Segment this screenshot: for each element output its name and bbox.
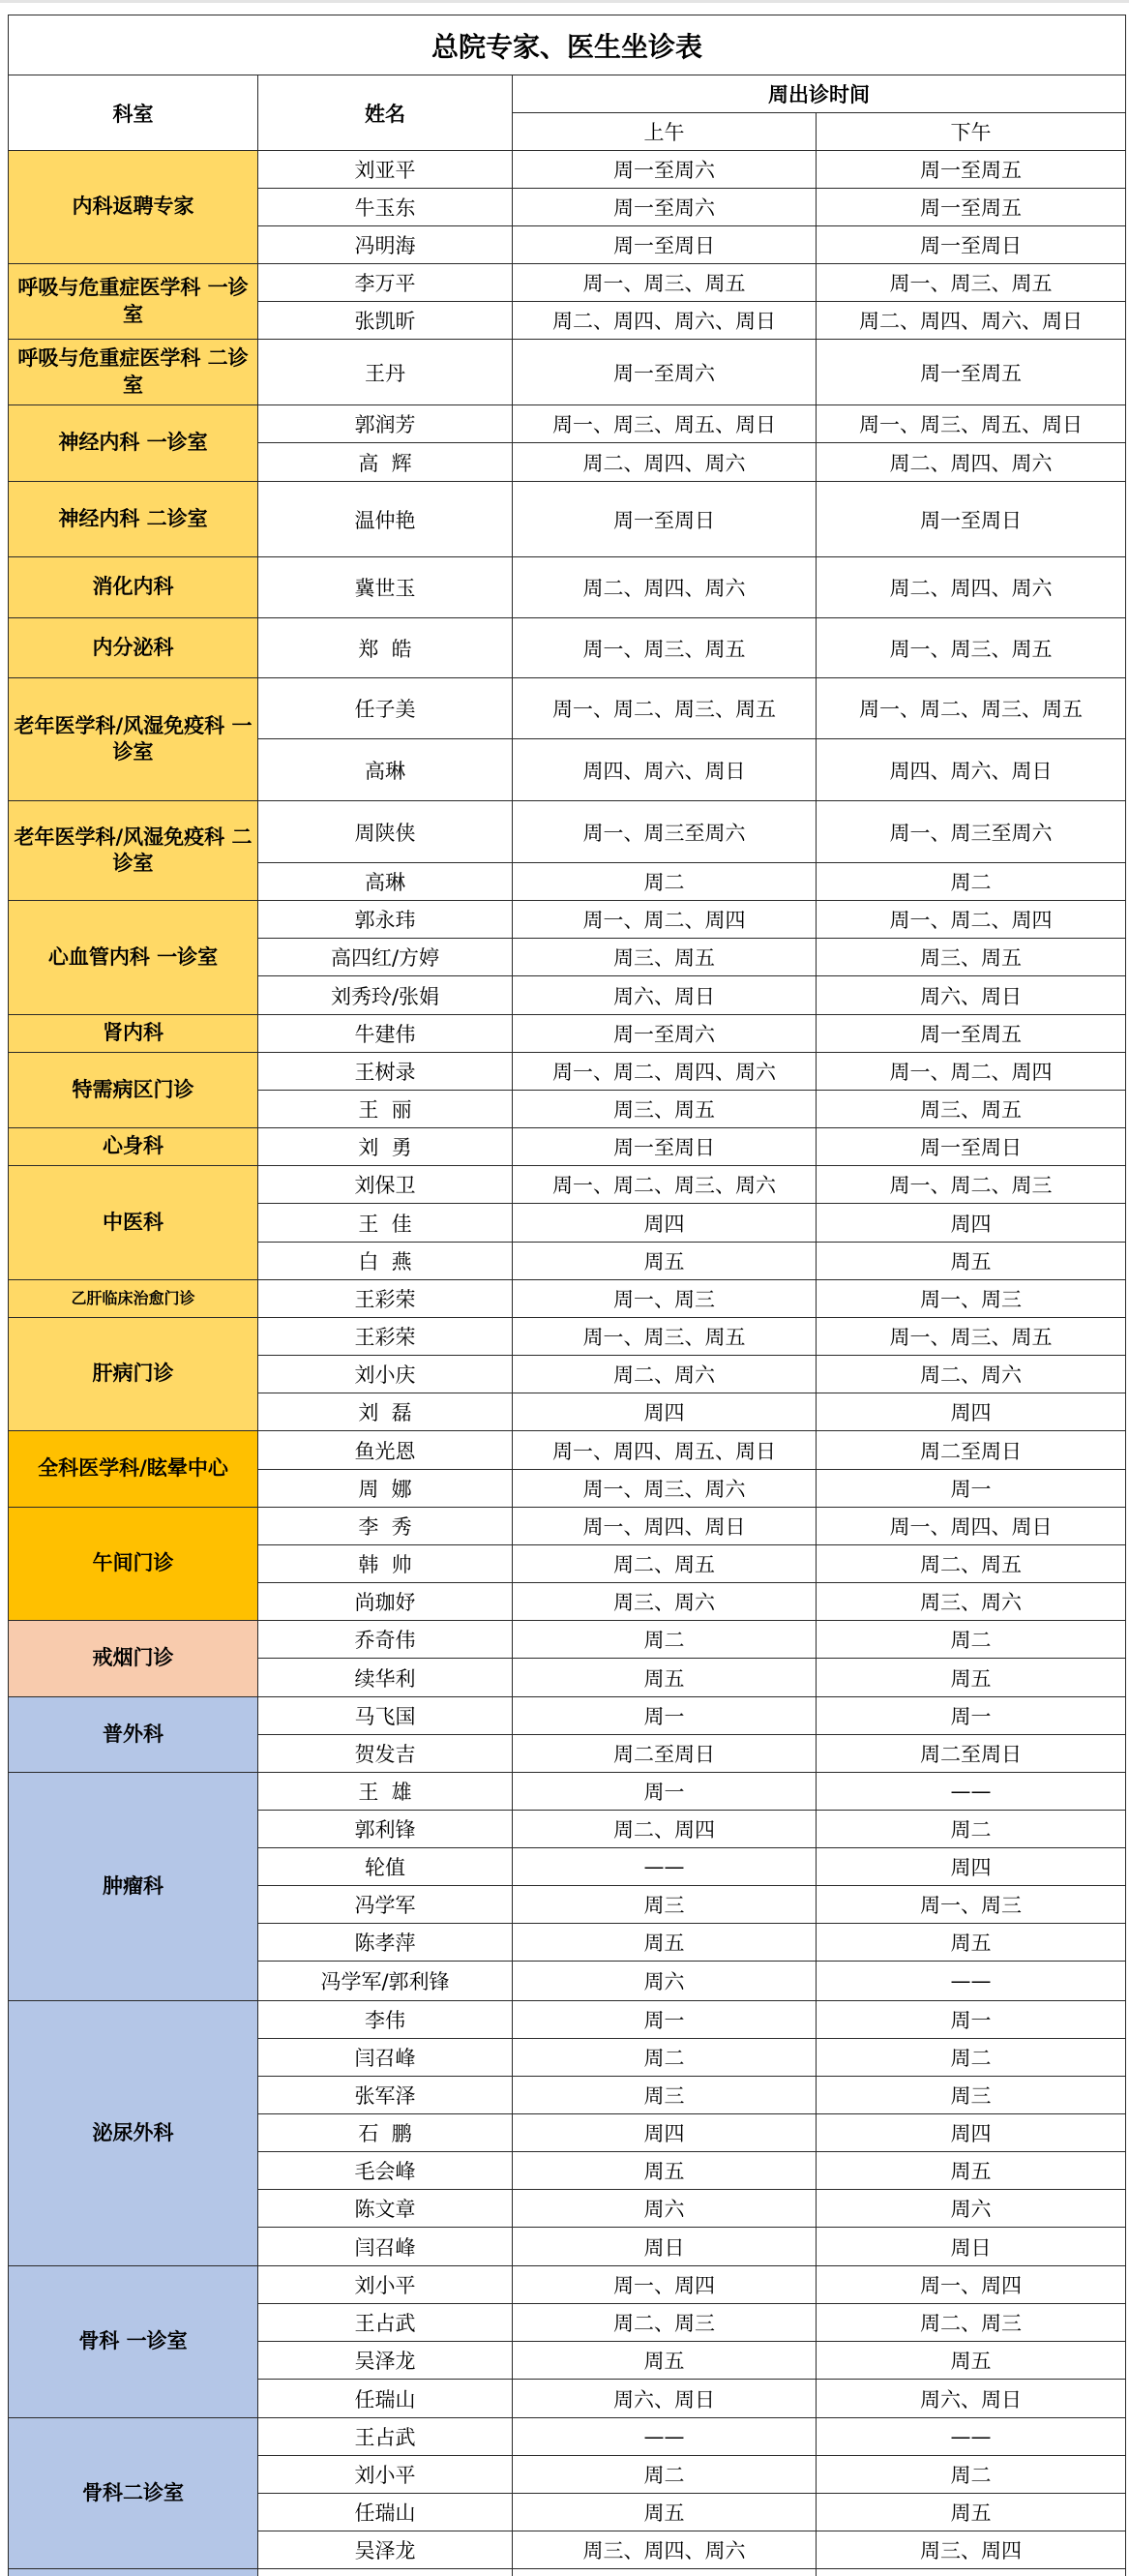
morning-schedule-cell: 周一、周四、周五、周日: [513, 1431, 817, 1470]
morning-schedule-cell: 周五: [513, 1659, 817, 1697]
table-row: 心身科刘 勇周一至周日周一至周日: [9, 1128, 1126, 1166]
doctor-name-cell: 郑 皓: [258, 618, 513, 678]
doctor-name-cell: 高 辉: [258, 443, 513, 482]
column-header-name: 姓名: [258, 75, 513, 151]
morning-schedule-cell: 周六: [513, 1962, 817, 2001]
morning-schedule-cell: 周六: [513, 2190, 817, 2228]
department-cell: 呼吸与危重症医学科 二诊室: [9, 340, 258, 405]
afternoon-schedule-cell: 周五: [817, 2152, 1126, 2190]
afternoon-schedule-cell: 周五: [817, 1924, 1126, 1962]
afternoon-schedule-cell: 周日: [817, 2228, 1126, 2266]
table-row: 神经内科 二诊室温仲艳周一至周日周一至周日: [9, 482, 1126, 557]
morning-schedule-cell: 周一、周二、周三、周五: [513, 678, 817, 739]
afternoon-schedule-cell: 周一至周日: [817, 226, 1126, 264]
afternoon-schedule-cell: 周二: [817, 1621, 1126, 1659]
doctor-name-cell: 吴泽龙: [258, 2531, 513, 2569]
department-cell: 全科医学科/眩晕中心: [9, 1431, 258, 1508]
afternoon-schedule-cell: 周一至周日: [817, 482, 1126, 557]
table-row: 全科医学科/眩晕中心鱼光恩周一、周四、周五、周日周二至周日: [9, 1431, 1126, 1470]
morning-schedule-cell: 周二: [513, 863, 817, 901]
afternoon-schedule-cell: 周二: [817, 2456, 1126, 2494]
table-row: 呼吸与危重症医学科 一诊室李万平周一、周三、周五周一、周三、周五: [9, 264, 1126, 302]
cutoff-cell: [817, 2569, 1126, 2576]
morning-schedule-cell: 周五: [513, 1924, 817, 1962]
doctor-name-cell: 刘 勇: [258, 1128, 513, 1166]
department-cell: 神经内科 二诊室: [9, 482, 258, 557]
afternoon-schedule-cell: 周三: [817, 2077, 1126, 2114]
morning-schedule-cell: 周五: [513, 2494, 817, 2531]
doctor-name-cell: 高琳: [258, 739, 513, 801]
afternoon-schedule-cell: 周二、周五: [817, 1545, 1126, 1583]
table-row: 特需病区门诊王树录周一、周二、周四、周六周一、周二、周四: [9, 1053, 1126, 1091]
doctor-name-cell: 冀世玉: [258, 557, 513, 618]
department-cell: 心血管内科 一诊室: [9, 901, 258, 1015]
table-row: 普外科马飞国周一周一: [9, 1697, 1126, 1735]
afternoon-schedule-cell: 周四、周六、周日: [817, 739, 1126, 801]
morning-schedule-cell: 周一至周六: [513, 1015, 817, 1053]
morning-schedule-cell: 周一、周三、周五: [513, 264, 817, 302]
column-header-dept: 科室: [9, 75, 258, 151]
morning-schedule-cell: 周一、周三、周五: [513, 618, 817, 678]
table-row: 心血管内科 一诊室郭永玮周一、周二、周四周一、周二、周四: [9, 901, 1126, 939]
cutoff-cell: [258, 2569, 513, 2576]
morning-schedule-cell: 周一、周四: [513, 2266, 817, 2304]
morning-schedule-cell: 周二、周四、周六: [513, 443, 817, 482]
morning-schedule-cell: 周二、周四: [513, 1811, 817, 1848]
morning-schedule-cell: 周一至周六: [513, 340, 817, 405]
morning-schedule-cell: 周六、周日: [513, 976, 817, 1015]
afternoon-schedule-cell: 周一至周五: [817, 340, 1126, 405]
morning-schedule-cell: 周二、周四、周六: [513, 557, 817, 618]
doctor-name-cell: 刘保卫: [258, 1166, 513, 1204]
afternoon-schedule-cell: 周六、周日: [817, 2380, 1126, 2418]
morning-schedule-cell: 周一、周二、周四、周六: [513, 1053, 817, 1091]
afternoon-schedule-cell: 周一、周三至周六: [817, 801, 1126, 863]
morning-schedule-cell: 周一: [513, 1773, 817, 1811]
department-cell: 呼吸与危重症医学科 一诊室: [9, 264, 258, 340]
doctor-name-cell: 闫召峰: [258, 2039, 513, 2077]
afternoon-schedule-cell: 周一、周二、周四: [817, 1053, 1126, 1091]
doctor-name-cell: 李 秀: [258, 1508, 513, 1545]
morning-schedule-cell: 周三、周四、周六: [513, 2531, 817, 2569]
schedule-table: 总院专家、医生坐诊表 科室 姓名 周出诊时间 上午 下午 内科返聘专家刘亚平周一…: [8, 15, 1126, 2576]
afternoon-schedule-cell: 周一、周三、周五: [817, 618, 1126, 678]
morning-schedule-cell: 周四: [513, 1204, 817, 1243]
doctor-name-cell: 周陕侠: [258, 801, 513, 863]
afternoon-schedule-cell: 周二: [817, 863, 1126, 901]
morning-schedule-cell: 周二、周三: [513, 2304, 817, 2342]
department-cell: 特需病区门诊: [9, 1053, 258, 1128]
afternoon-schedule-cell: 周一、周三、周五: [817, 1318, 1126, 1356]
morning-schedule-cell: 周一、周二、周三、周六: [513, 1166, 817, 1204]
afternoon-schedule-cell: 周二: [817, 1811, 1126, 1848]
afternoon-schedule-cell: 周三、周六: [817, 1583, 1126, 1621]
table-row: 内科返聘专家刘亚平周一至周六周一至周五: [9, 151, 1126, 189]
table-row-cutoff: [9, 2569, 1126, 2576]
department-cell: 神经内科 一诊室: [9, 405, 258, 482]
morning-schedule-cell: 周一: [513, 1697, 817, 1735]
morning-schedule-cell: 周四: [513, 1393, 817, 1431]
morning-schedule-cell: 周一、周二、周四: [513, 901, 817, 939]
table-row: 肾内科牛建伟周一至周六周一至周五: [9, 1015, 1126, 1053]
afternoon-schedule-cell: ——: [817, 1962, 1126, 2001]
cutoff-cell: [513, 2569, 817, 2576]
afternoon-schedule-cell: 周三、周五: [817, 939, 1126, 976]
doctor-name-cell: 刘 磊: [258, 1393, 513, 1431]
table-row: 骨科二诊室王占武————: [9, 2418, 1126, 2456]
afternoon-schedule-cell: 周一、周二、周四: [817, 901, 1126, 939]
doctor-name-cell: 王树录: [258, 1053, 513, 1091]
doctor-name-cell: 李伟: [258, 2001, 513, 2039]
afternoon-schedule-cell: 周一、周四: [817, 2266, 1126, 2304]
morning-schedule-cell: 周四、周六、周日: [513, 739, 817, 801]
table-row: 肿瘤科王 雄周一——: [9, 1773, 1126, 1811]
afternoon-schedule-cell: 周四: [817, 1393, 1126, 1431]
morning-schedule-cell: 周一至周六: [513, 189, 817, 226]
department-cell: 内科返聘专家: [9, 151, 258, 264]
morning-schedule-cell: 周五: [513, 2342, 817, 2380]
table-row: 泌尿外科李伟周一周一: [9, 2001, 1126, 2039]
afternoon-schedule-cell: 周一至周五: [817, 151, 1126, 189]
doctor-name-cell: 周 娜: [258, 1470, 513, 1508]
afternoon-schedule-cell: 周二、周四、周六: [817, 557, 1126, 618]
doctor-name-cell: 王丹: [258, 340, 513, 405]
doctor-name-cell: 贺发吉: [258, 1735, 513, 1773]
afternoon-schedule-cell: 周一至周日: [817, 1128, 1126, 1166]
morning-schedule-cell: 周一至周日: [513, 482, 817, 557]
doctor-name-cell: 陈文章: [258, 2190, 513, 2228]
morning-schedule-cell: 周三、周五: [513, 1091, 817, 1128]
table-row: 骨科 一诊室刘小平周一、周四周一、周四: [9, 2266, 1126, 2304]
doctor-name-cell: 续华利: [258, 1659, 513, 1697]
afternoon-schedule-cell: 周一、周三、周五、周日: [817, 405, 1126, 443]
morning-schedule-cell: 周五: [513, 2152, 817, 2190]
department-cell: 乙肝临床治愈门诊: [9, 1280, 258, 1318]
doctor-name-cell: 李万平: [258, 264, 513, 302]
table-row: 戒烟门诊乔奇伟周二周二: [9, 1621, 1126, 1659]
doctor-name-cell: 尚珈妤: [258, 1583, 513, 1621]
department-cell: 消化内科: [9, 557, 258, 618]
doctor-name-cell: 王 丽: [258, 1091, 513, 1128]
afternoon-schedule-cell: 周二、周四、周六、周日: [817, 302, 1126, 340]
doctor-name-cell: 王彩荣: [258, 1318, 513, 1356]
afternoon-schedule-cell: 周一: [817, 2001, 1126, 2039]
doctor-name-cell: 任瑞山: [258, 2380, 513, 2418]
doctor-name-cell: 刘秀玲/张娟: [258, 976, 513, 1015]
doctor-name-cell: 石 鹏: [258, 2114, 513, 2152]
morning-schedule-cell: 周二、周六: [513, 1356, 817, 1393]
table-row: 老年医学科/风湿免疫科 二诊室周陕侠周一、周三至周六周一、周三至周六: [9, 801, 1126, 863]
afternoon-schedule-cell: 周一至周五: [817, 189, 1126, 226]
morning-schedule-cell: 周五: [513, 1243, 817, 1280]
table-row: 神经内科 一诊室郭润芳周一、周三、周五、周日周一、周三、周五、周日: [9, 405, 1126, 443]
morning-schedule-cell: 周一、周三至周六: [513, 801, 817, 863]
afternoon-schedule-cell: 周一、周四、周日: [817, 1508, 1126, 1545]
doctor-name-cell: 牛玉东: [258, 189, 513, 226]
cutoff-cell: [9, 2569, 258, 2576]
table-row: 午间门诊李 秀周一、周四、周日周一、周四、周日: [9, 1508, 1126, 1545]
department-cell: 内分泌科: [9, 618, 258, 678]
afternoon-schedule-cell: 周一: [817, 1697, 1126, 1735]
department-cell: 老年医学科/风湿免疫科 二诊室: [9, 801, 258, 901]
doctor-name-cell: 马飞国: [258, 1697, 513, 1735]
morning-schedule-cell: 周二: [513, 1621, 817, 1659]
doctor-name-cell: 王 佳: [258, 1204, 513, 1243]
doctor-name-cell: 郭利锋: [258, 1811, 513, 1848]
department-cell: 肾内科: [9, 1015, 258, 1053]
doctor-name-cell: 刘小平: [258, 2456, 513, 2494]
morning-schedule-cell: 周三: [513, 2077, 817, 2114]
doctor-name-cell: 高琳: [258, 863, 513, 901]
afternoon-schedule-cell: 周一、周三: [817, 1886, 1126, 1924]
department-cell: 肿瘤科: [9, 1773, 258, 2001]
morning-schedule-cell: 周一: [513, 2001, 817, 2039]
table-row: 老年医学科/风湿免疫科 一诊室任子美周一、周二、周三、周五周一、周二、周三、周五: [9, 678, 1126, 739]
doctor-name-cell: 王占武: [258, 2304, 513, 2342]
doctor-name-cell: 王彩荣: [258, 1280, 513, 1318]
doctor-name-cell: 闫召峰: [258, 2228, 513, 2266]
department-cell: 普外科: [9, 1697, 258, 1773]
doctor-name-cell: 牛建伟: [258, 1015, 513, 1053]
afternoon-schedule-cell: 周三、周四: [817, 2531, 1126, 2569]
afternoon-schedule-cell: 周一、周二、周三: [817, 1166, 1126, 1204]
table-row: 肝病门诊王彩荣周一、周三、周五周一、周三、周五: [9, 1318, 1126, 1356]
afternoon-schedule-cell: 周四: [817, 1848, 1126, 1886]
afternoon-schedule-cell: 周二至周日: [817, 1431, 1126, 1470]
department-cell: 午间门诊: [9, 1508, 258, 1621]
page-title: 总院专家、医生坐诊表: [9, 15, 1126, 75]
doctor-name-cell: 郭润芳: [258, 405, 513, 443]
doctor-name-cell: 温仲艳: [258, 482, 513, 557]
afternoon-schedule-cell: 周二、周三: [817, 2304, 1126, 2342]
morning-schedule-cell: 周二: [513, 2456, 817, 2494]
morning-schedule-cell: ——: [513, 1848, 817, 1886]
afternoon-schedule-cell: ——: [817, 2418, 1126, 2456]
afternoon-schedule-cell: 周五: [817, 2494, 1126, 2531]
morning-schedule-cell: 周一、周四、周日: [513, 1508, 817, 1545]
morning-schedule-cell: ——: [513, 2418, 817, 2456]
afternoon-schedule-cell: 周一、周三: [817, 1280, 1126, 1318]
department-cell: 心身科: [9, 1128, 258, 1166]
doctor-name-cell: 鱼光恩: [258, 1431, 513, 1470]
table-row: 中医科刘保卫周一、周二、周三、周六周一、周二、周三: [9, 1166, 1126, 1204]
afternoon-schedule-cell: 周一、周二、周三、周五: [817, 678, 1126, 739]
department-cell: 老年医学科/风湿免疫科 一诊室: [9, 678, 258, 801]
morning-schedule-cell: 周日: [513, 2228, 817, 2266]
morning-schedule-cell: 周二至周日: [513, 1735, 817, 1773]
morning-schedule-cell: 周一至周日: [513, 226, 817, 264]
afternoon-schedule-cell: 周四: [817, 1204, 1126, 1243]
morning-schedule-cell: 周六、周日: [513, 2380, 817, 2418]
afternoon-schedule-cell: 周五: [817, 1659, 1126, 1697]
afternoon-schedule-cell: 周一: [817, 1470, 1126, 1508]
doctor-name-cell: 陈孝萍: [258, 1924, 513, 1962]
doctor-name-cell: 轮值: [258, 1848, 513, 1886]
table-row: 消化内科冀世玉周二、周四、周六周二、周四、周六: [9, 557, 1126, 618]
morning-schedule-cell: 周三、周五: [513, 939, 817, 976]
doctor-name-cell: 乔奇伟: [258, 1621, 513, 1659]
afternoon-schedule-cell: 周一至周五: [817, 1015, 1126, 1053]
afternoon-schedule-cell: 周六、周日: [817, 976, 1126, 1015]
morning-schedule-cell: 周一至周六: [513, 151, 817, 189]
department-cell: 肝病门诊: [9, 1318, 258, 1431]
morning-schedule-cell: 周三、周六: [513, 1583, 817, 1621]
morning-schedule-cell: 周一、周三: [513, 1280, 817, 1318]
afternoon-schedule-cell: 周五: [817, 2342, 1126, 2380]
afternoon-schedule-cell: 周二、周四、周六: [817, 443, 1126, 482]
morning-schedule-cell: 周二、周四、周六、周日: [513, 302, 817, 340]
morning-schedule-cell: 周三: [513, 1886, 817, 1924]
afternoon-schedule-cell: 周五: [817, 1243, 1126, 1280]
doctor-name-cell: 任子美: [258, 678, 513, 739]
morning-schedule-cell: 周一、周三、周六: [513, 1470, 817, 1508]
doctor-name-cell: 张军泽: [258, 2077, 513, 2114]
table-row: 乙肝临床治愈门诊王彩荣周一、周三周一、周三: [9, 1280, 1126, 1318]
afternoon-schedule-cell: 周三、周五: [817, 1091, 1126, 1128]
department-cell: 骨科二诊室: [9, 2418, 258, 2569]
doctor-name-cell: 郭永玮: [258, 901, 513, 939]
doctor-name-cell: 刘小庆: [258, 1356, 513, 1393]
doctor-name-cell: 高四红/方婷: [258, 939, 513, 976]
afternoon-schedule-cell: 周二: [817, 2039, 1126, 2077]
morning-schedule-cell: 周一至周日: [513, 1128, 817, 1166]
table-row: 内分泌科郑 皓周一、周三、周五周一、周三、周五: [9, 618, 1126, 678]
doctor-name-cell: 王 雄: [258, 1773, 513, 1811]
doctor-name-cell: 白 燕: [258, 1243, 513, 1280]
morning-schedule-cell: 周一、周三、周五、周日: [513, 405, 817, 443]
afternoon-schedule-cell: ——: [817, 1773, 1126, 1811]
afternoon-schedule-cell: 周一、周三、周五: [817, 264, 1126, 302]
afternoon-schedule-cell: 周二至周日: [817, 1735, 1126, 1773]
doctor-name-cell: 冯学军/郭利锋: [258, 1962, 513, 2001]
morning-schedule-cell: 周二: [513, 2039, 817, 2077]
doctor-name-cell: 刘小平: [258, 2266, 513, 2304]
doctor-name-cell: 王占武: [258, 2418, 513, 2456]
department-cell: 骨科 一诊室: [9, 2266, 258, 2418]
doctor-name-cell: 吴泽龙: [258, 2342, 513, 2380]
column-header-am: 上午: [513, 113, 817, 151]
department-cell: 中医科: [9, 1166, 258, 1280]
afternoon-schedule-cell: 周四: [817, 2114, 1126, 2152]
top-edge-bar: [0, 0, 1129, 3]
doctor-name-cell: 韩 帅: [258, 1545, 513, 1583]
morning-schedule-cell: 周一、周三、周五: [513, 1318, 817, 1356]
afternoon-schedule-cell: 周二、周六: [817, 1356, 1126, 1393]
column-header-weekly: 周出诊时间: [513, 75, 1126, 113]
morning-schedule-cell: 周二、周五: [513, 1545, 817, 1583]
morning-schedule-cell: 周四: [513, 2114, 817, 2152]
table-row: 呼吸与危重症医学科 二诊室王丹周一至周六周一至周五: [9, 340, 1126, 405]
doctor-name-cell: 冯学军: [258, 1886, 513, 1924]
doctor-name-cell: 刘亚平: [258, 151, 513, 189]
doctor-name-cell: 冯明海: [258, 226, 513, 264]
department-cell: 泌尿外科: [9, 2001, 258, 2266]
afternoon-schedule-cell: 周六: [817, 2190, 1126, 2228]
doctor-name-cell: 毛会峰: [258, 2152, 513, 2190]
department-cell: 戒烟门诊: [9, 1621, 258, 1697]
doctor-name-cell: 任瑞山: [258, 2494, 513, 2531]
doctor-name-cell: 张凯昕: [258, 302, 513, 340]
column-header-pm: 下午: [817, 113, 1126, 151]
